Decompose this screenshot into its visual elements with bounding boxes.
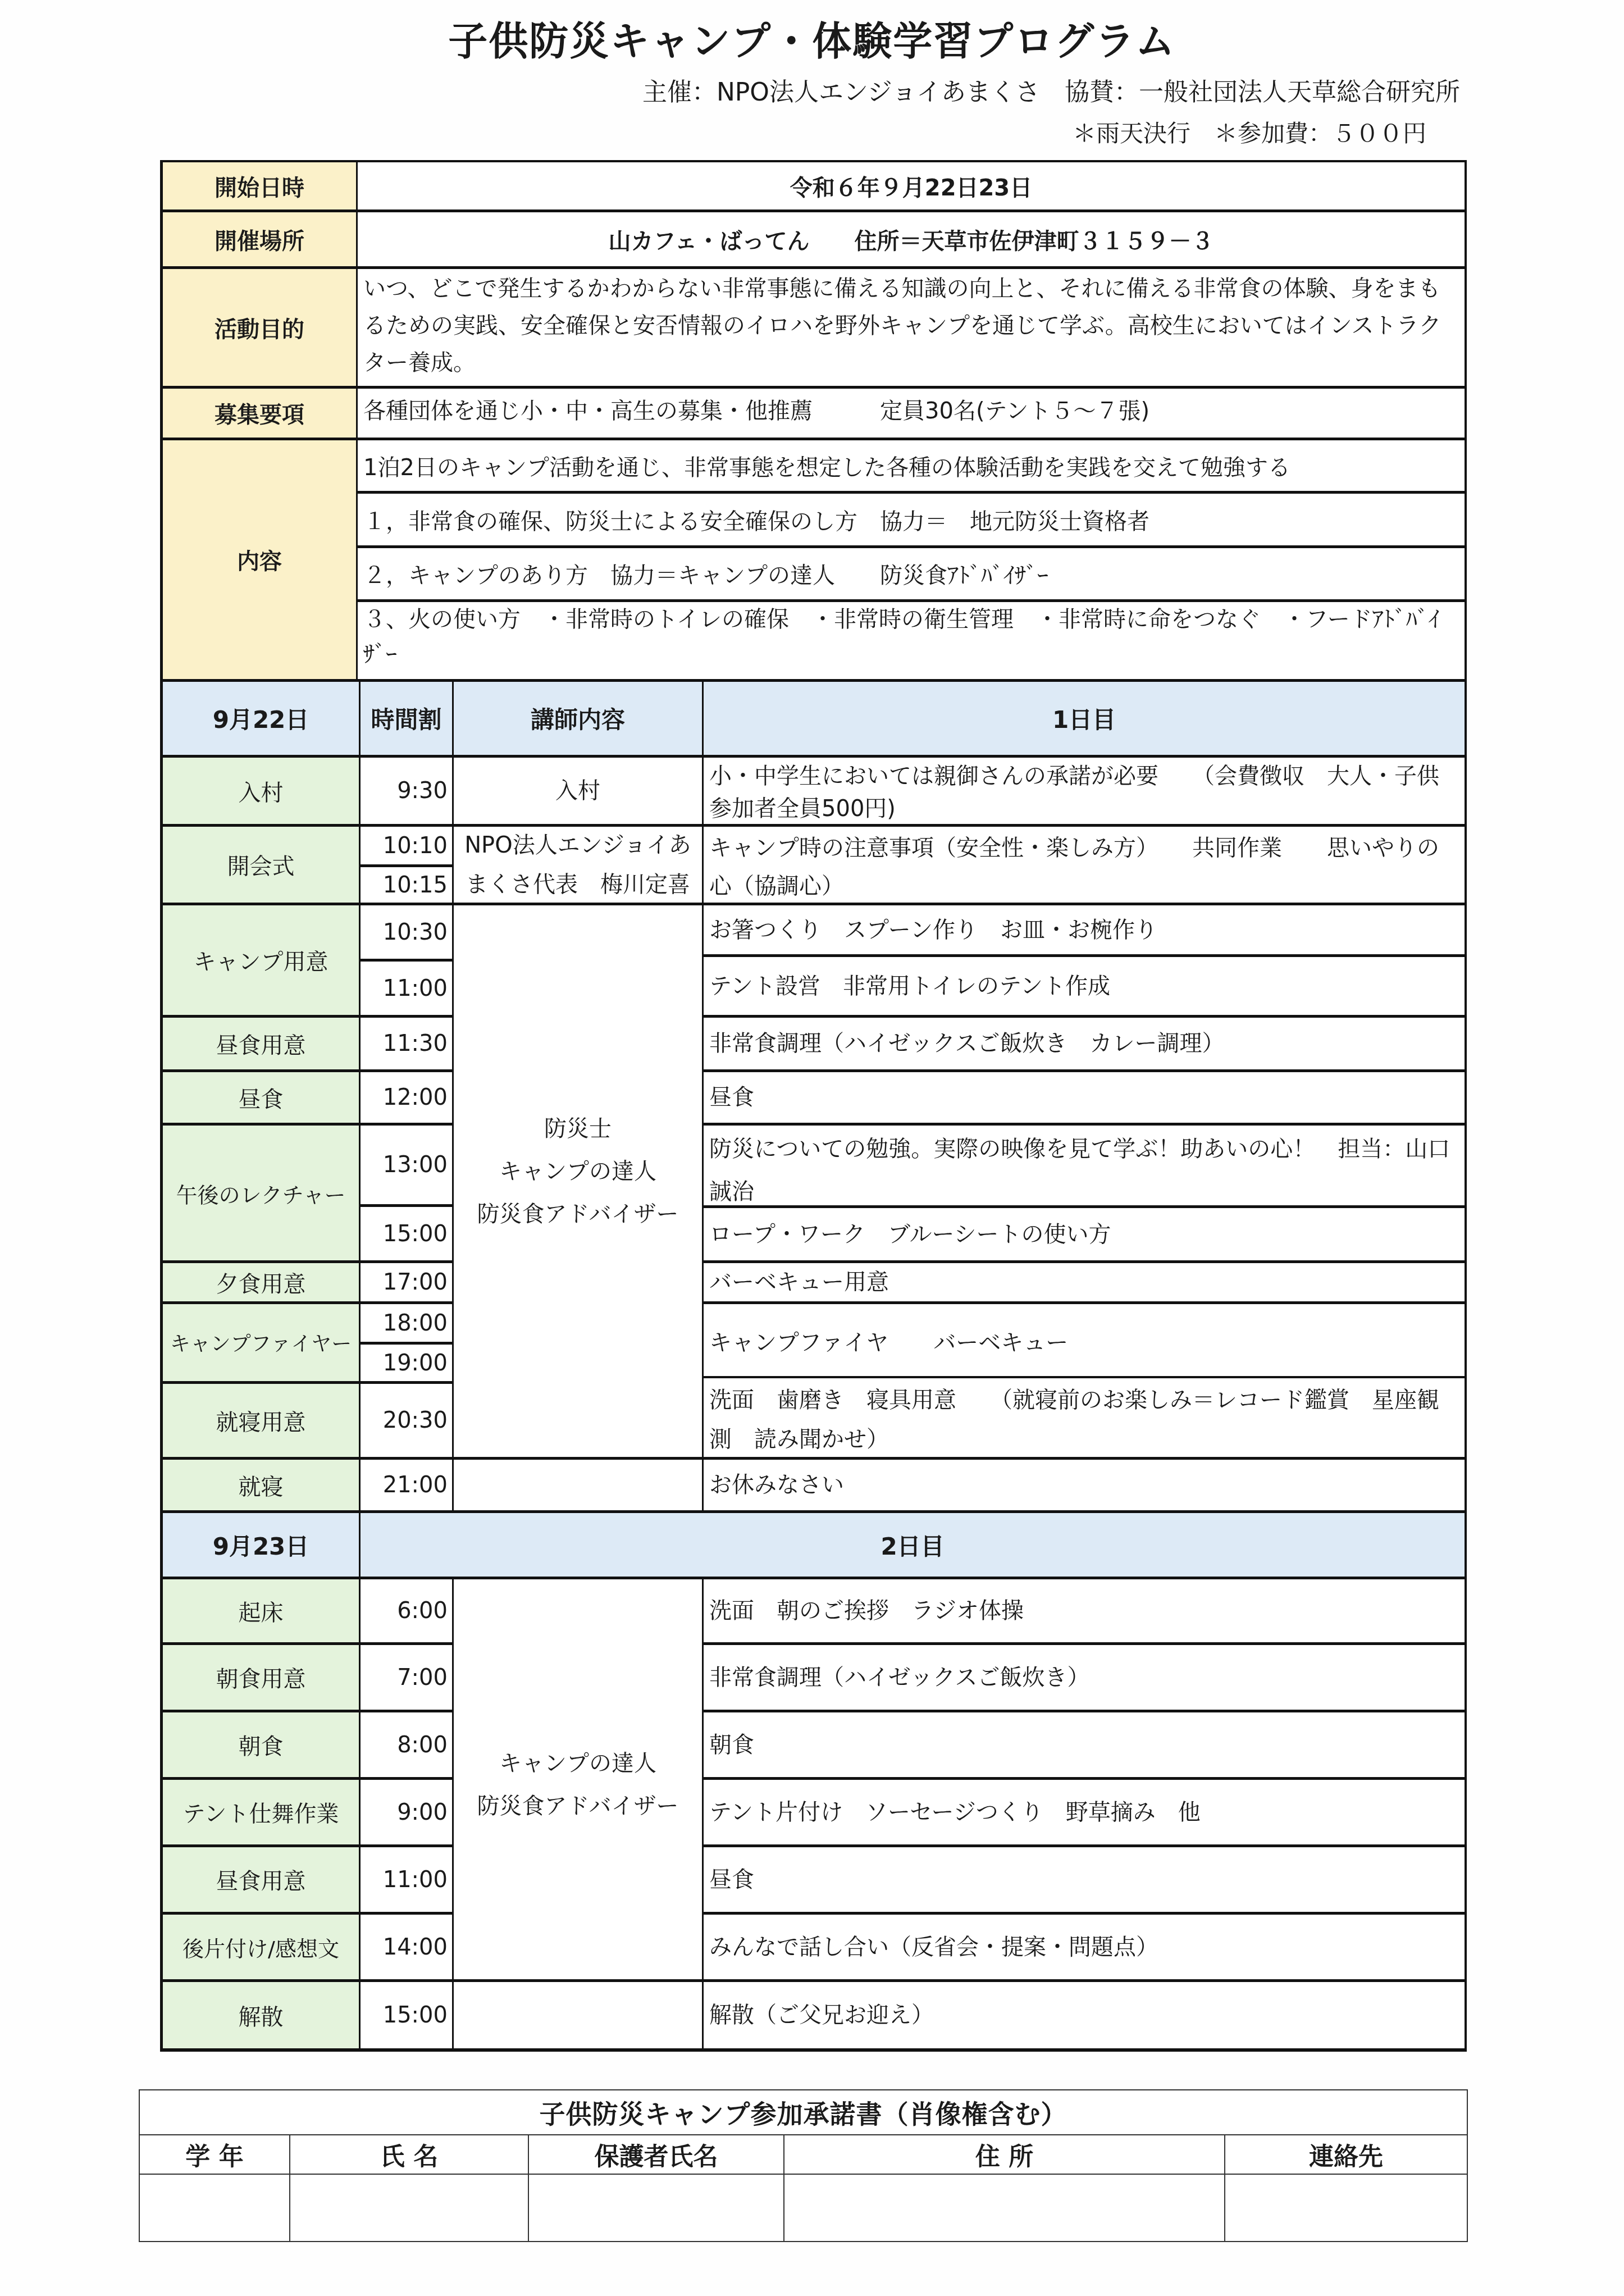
content-value: 朝食 bbox=[702, 1710, 1467, 1779]
start-date-value: 令和６年９月22日23日 bbox=[356, 160, 1467, 212]
activity-label: 夕食用意 bbox=[160, 1261, 361, 1304]
contents-line-3: ３、火の使い方 ・非常時のトイレの確保 ・非常時の衛生管理 ・非常時に命をつなぐ… bbox=[356, 600, 1467, 681]
activity-label: 後片付け/感想文 bbox=[160, 1912, 361, 1981]
organizers-line: 主催：NPO法人エンジョイあまくさ 協賛：一般社団法人天草総合研究所 bbox=[642, 72, 1460, 108]
activity-label: 解散 bbox=[160, 1980, 361, 2052]
time-value: 14:00 bbox=[359, 1912, 454, 1981]
activity-label: 午後のレクチャー bbox=[160, 1123, 361, 1263]
activity-label: 開会式 bbox=[160, 824, 361, 905]
time-value: 7:00 bbox=[359, 1643, 454, 1712]
time-value: 18:00 bbox=[359, 1302, 454, 1344]
instructor-line: 防災士 bbox=[477, 1108, 678, 1150]
activity-label: 朝食用意 bbox=[160, 1643, 361, 1712]
grade-input[interactable] bbox=[139, 2174, 290, 2242]
grade-header: 学 年 bbox=[139, 2134, 290, 2175]
time-value: 9:30 bbox=[359, 755, 454, 826]
activity-label: 就寝 bbox=[160, 1457, 361, 1513]
guardian-name-header: 保護者氏名 bbox=[528, 2134, 784, 2175]
content-value: 非常食調理（ハイゼックスご飯炊き カレー調理） bbox=[702, 1015, 1467, 1072]
content-value: キャンプファイヤ バーベキュー bbox=[702, 1302, 1467, 1383]
activity-label: テント仕舞作業 bbox=[160, 1778, 361, 1847]
contact-header: 連絡先 bbox=[1224, 2134, 1468, 2175]
start-date-label: 開始日時 bbox=[160, 160, 358, 212]
venue-value: 山カフェ・ばってん 住所＝天草市佐伊津町３１５９－３ bbox=[356, 210, 1467, 268]
instructor-line: 防災食アドバイザー bbox=[477, 1193, 678, 1236]
activity-label: 起床 bbox=[160, 1577, 361, 1644]
time-value: 13:00 bbox=[359, 1123, 454, 1206]
time-value: 21:00 bbox=[359, 1457, 454, 1513]
name-header: 氏 名 bbox=[289, 2134, 529, 2175]
content-value: 昼食 bbox=[702, 1845, 1467, 1914]
content-value: テント設営 非常用トイレのテント作成 bbox=[702, 955, 1467, 1017]
contents-line-0: 1泊2日のキャンプ活動を通じ、非常事態を想定した各種の体験活動を実践を交えて勉強… bbox=[356, 438, 1467, 493]
content-value: 解散（ご父兄お迎え） bbox=[702, 1980, 1467, 2052]
time-value: 11:00 bbox=[359, 1845, 454, 1914]
activity-label: 朝食 bbox=[160, 1710, 361, 1779]
activity-label: 昼食用意 bbox=[160, 1845, 361, 1914]
instructor-value: 入村 bbox=[452, 755, 704, 826]
content-value: 洗面 歯磨き 寝具用意 （就寝前のお楽しみ＝レコード鑑賞 星座観測 読み聞かせ） bbox=[702, 1376, 1467, 1459]
venue-label: 開催場所 bbox=[160, 210, 358, 268]
time-value: 17:00 bbox=[359, 1261, 454, 1304]
time-value: 11:30 bbox=[359, 1015, 454, 1072]
instructor-line: キャンプの達人 bbox=[477, 1742, 678, 1785]
activity-label: 昼食用意 bbox=[160, 1015, 361, 1072]
content-value: 洗面 朝のご挨拶 ラジオ体操 bbox=[702, 1577, 1467, 1644]
content-value: みんなで話し合い（反省会・提案・問題点） bbox=[702, 1912, 1467, 1981]
instructor-value: キャンプの達人 防災食アドバイザー bbox=[452, 1577, 704, 1981]
recruitment-value: 各種団体を通じ小・中・高生の募集・他推薦 定員30名(テント５～７張) bbox=[356, 386, 1467, 440]
time-value: 20:30 bbox=[359, 1382, 454, 1459]
content-value: バーベキュー用意 bbox=[702, 1261, 1467, 1304]
contents-label: 内容 bbox=[160, 438, 358, 681]
activity-label: キャンプ用意 bbox=[160, 903, 361, 1017]
instructor-column-header: 講師内容 bbox=[452, 680, 704, 757]
time-column-header: 時間割 bbox=[359, 680, 454, 757]
day2-label-header: 2日目 bbox=[359, 1511, 1467, 1579]
time-value: 11:00 bbox=[359, 959, 454, 1017]
activity-label: 就寝用意 bbox=[160, 1382, 361, 1459]
content-value: 防災についての勉強。実際の映像を見て学ぶ！助あいの心！ 担当：山口誠治 bbox=[702, 1123, 1467, 1208]
instructor-value: 防災士 キャンプの達人 防災食アドバイザー bbox=[452, 903, 704, 1459]
recruitment-label: 募集要項 bbox=[160, 386, 358, 440]
content-value: 昼食 bbox=[702, 1070, 1467, 1125]
instructor-value bbox=[452, 1457, 704, 1513]
time-value: 9:00 bbox=[359, 1778, 454, 1847]
time-value: 10:15 bbox=[359, 865, 454, 905]
activity-label: キャンプファイヤー bbox=[160, 1302, 361, 1383]
instructor-line: 防災食アドバイザー bbox=[477, 1785, 678, 1828]
address-header: 住 所 bbox=[783, 2134, 1225, 2175]
content-value: 非常食調理（ハイゼックスご飯炊き） bbox=[702, 1643, 1467, 1712]
content-value: キャンプ時の注意事項（安全性・楽しみ方） 共同作業 思いやりの心（協調心） bbox=[702, 824, 1467, 905]
instructor-value: NPO法人エンジョイあまくさ代表 梅川定喜 bbox=[452, 824, 704, 905]
content-value: テント片付け ソーセージつくり 野草摘み 他 bbox=[702, 1778, 1467, 1847]
consent-form-title: 子供防災キャンプ参加承諾書（肖像権含む） bbox=[139, 2089, 1468, 2135]
contents-line-1: １，非常食の確保、防災士による安全確保のし方 協力＝ 地元防災士資格者 bbox=[356, 491, 1467, 548]
notes-line: ＊雨天決行 ＊参加費：５００円 bbox=[1073, 115, 1426, 149]
instructor-line: キャンプの達人 bbox=[477, 1150, 678, 1193]
guardian-name-input[interactable] bbox=[528, 2174, 784, 2242]
contact-input[interactable] bbox=[1224, 2174, 1468, 2242]
activity-label: 入村 bbox=[160, 755, 361, 826]
content-value: ロープ・ワーク ブルーシートの使い方 bbox=[702, 1206, 1467, 1263]
instructor-value bbox=[452, 1980, 704, 2052]
time-value: 19:00 bbox=[359, 1342, 454, 1383]
content-value: お箸つくり スプーン作り お皿・お椀作り bbox=[702, 903, 1467, 956]
content-value: お休みなさい bbox=[702, 1457, 1467, 1513]
name-input[interactable] bbox=[289, 2174, 529, 2242]
time-value: 15:00 bbox=[359, 1980, 454, 2052]
address-input[interactable] bbox=[783, 2174, 1225, 2242]
content-value: 小・中学生においては親御さんの承諾が必要 （会費徴収 大人・子供参加者全員500… bbox=[702, 755, 1467, 826]
purpose-value: いつ、どこで発生するかわからない非常事態に備える知識の向上と、それに備える非常食… bbox=[356, 267, 1467, 388]
day2-date-header: 9月23日 bbox=[160, 1511, 361, 1579]
day1-date-header: 9月22日 bbox=[160, 680, 361, 757]
activity-label: 昼食 bbox=[160, 1070, 361, 1125]
day1-label-header: 1日目 bbox=[702, 680, 1467, 757]
purpose-label: 活動目的 bbox=[160, 267, 358, 388]
time-value: 10:30 bbox=[359, 903, 454, 961]
document-title: 子供防災キャンプ・体験学習プログラム bbox=[0, 10, 1624, 67]
time-value: 8:00 bbox=[359, 1710, 454, 1779]
time-value: 6:00 bbox=[359, 1577, 454, 1644]
contents-line-2: ２，キャンプのあり方 協力＝キャンプの達人 防災食ｱﾄﾞﾊﾞｲｻﾞｰ bbox=[356, 546, 1467, 602]
time-value: 15:00 bbox=[359, 1205, 454, 1263]
time-value: 10:10 bbox=[359, 824, 454, 867]
time-value: 12:00 bbox=[359, 1070, 454, 1125]
